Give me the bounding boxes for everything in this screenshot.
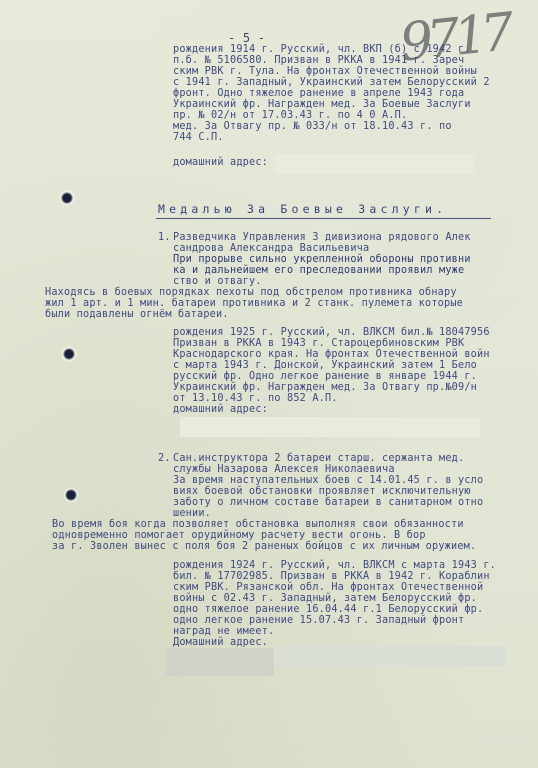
text-line: ство и отвагу.	[173, 276, 262, 288]
text-line: мед. За Отвагу пр. № 033/н от 18.10.43 г…	[173, 121, 452, 133]
text-line: фронт. Одно тяжелое ранение в апреле 194…	[173, 88, 464, 100]
text-line: Сан.инструктора 2 батареи старш. сержант…	[173, 453, 464, 465]
entry-number: 1.	[158, 232, 171, 244]
text-line: войны с 02.43 г. Западный, затем Белорус…	[173, 593, 477, 605]
text-line: ским РВК. Рязанской обл. На фронтах Отеч…	[173, 582, 483, 594]
binder-hole	[59, 190, 75, 206]
text-line: При прорыве сильно укрепленной обороны п…	[173, 254, 471, 266]
binder-hole	[61, 346, 77, 362]
text-line: за г. Зволен вынес с поля боя 2 раненых …	[52, 541, 476, 553]
entry-number: 2.	[158, 453, 171, 465]
text-line: с марта 1943 г. Донской, Украинский зате…	[173, 360, 477, 372]
text-line: службы Назарова Алексея Николаевича	[173, 464, 395, 476]
text-line: Во время боя когда позволяет обстановка …	[52, 519, 464, 531]
text-line: бил. № 17702985. Призван в РККА в 1942 г…	[173, 571, 490, 583]
redacted-address	[166, 648, 274, 676]
redacted-address	[275, 154, 475, 174]
heading-underline	[156, 218, 491, 219]
text-line: За время наступательных боев с 14.01.45 …	[173, 475, 483, 487]
text-line: от 13.10.43 г. по 852 А.П.	[173, 393, 338, 405]
section-heading: Медалью За Боевые Заслуги.	[158, 202, 447, 216]
text-line: русский фр. Одно легкое ранение в январе…	[173, 371, 477, 383]
redacted-address	[273, 646, 505, 666]
text-line: сандрова Александра Васильевича	[173, 243, 369, 255]
text-line: виях боевой обстановки проявляет исключи…	[173, 486, 471, 498]
text-line: были подавлены огнём батареи.	[45, 309, 229, 321]
text-line: одновременно помогает орудийному расчету…	[52, 530, 426, 542]
home-address-label: Домашний адрес.	[173, 637, 268, 649]
text-line: ка и дальнейшем его преследовании прояви…	[173, 265, 464, 277]
text-line: жил 1 арт. и 1 мин. батареи противника и…	[45, 298, 463, 310]
archival-document-page: 9717 - 5 - рождения 1914 г. Русский, чл.…	[0, 0, 538, 768]
text-line: Краснодарского края. На фронтах Отечеств…	[173, 349, 490, 361]
text-line: пр. № 02/н от 17.03.43 г. по 4 0 А.П.	[173, 110, 407, 122]
home-address-label: домашний адрес:	[173, 404, 268, 416]
text-line: шении.	[173, 508, 211, 520]
text-line: рождения 1914 г. Русский, чл. ВКП (б) с …	[173, 44, 471, 56]
text-line: Разведчика Управления 3 дивизиона рядово…	[173, 232, 471, 244]
text-line: ским РВК г. Тула. На фронтах Отечественн…	[173, 66, 477, 78]
redacted-address	[180, 417, 480, 437]
text-line: рождения 1925 г. Русский, чл. ВЛКСМ бил.…	[173, 327, 490, 339]
binder-hole	[63, 487, 79, 503]
home-address-label: домашний адрес:	[173, 157, 268, 169]
text-line: с 1941 г. Западный, Украинский затем Бел…	[173, 77, 490, 89]
page-number: - 5 -	[228, 33, 265, 45]
text-line: 744 С.П.	[173, 132, 224, 144]
text-line: одно легкое ранение 15.07.43 г. Западный…	[173, 615, 464, 627]
text-line: п.б. № 5106580. Призван в РККА в 1941 г.…	[173, 55, 464, 67]
text-line: одно тяжелое ранение 16.04.44 г.1 Белору…	[173, 604, 483, 616]
text-line: рождения 1924 г. Русский, чл. ВЛКСМ с ма…	[173, 560, 496, 572]
text-line: Призван в РККА в 1943 г. Староцербиновск…	[173, 338, 464, 350]
text-line: Украинский фр. Награжден мед. За Отвагу …	[173, 382, 477, 394]
text-line: Находясь в боевых порядках пехоты под об…	[45, 287, 457, 299]
text-line: Украинский фр. Награжден мед. За Боевые …	[173, 99, 471, 111]
text-line: заботу о личном составе батареи в санита…	[173, 497, 483, 509]
text-line: наград не имеет.	[173, 626, 274, 638]
